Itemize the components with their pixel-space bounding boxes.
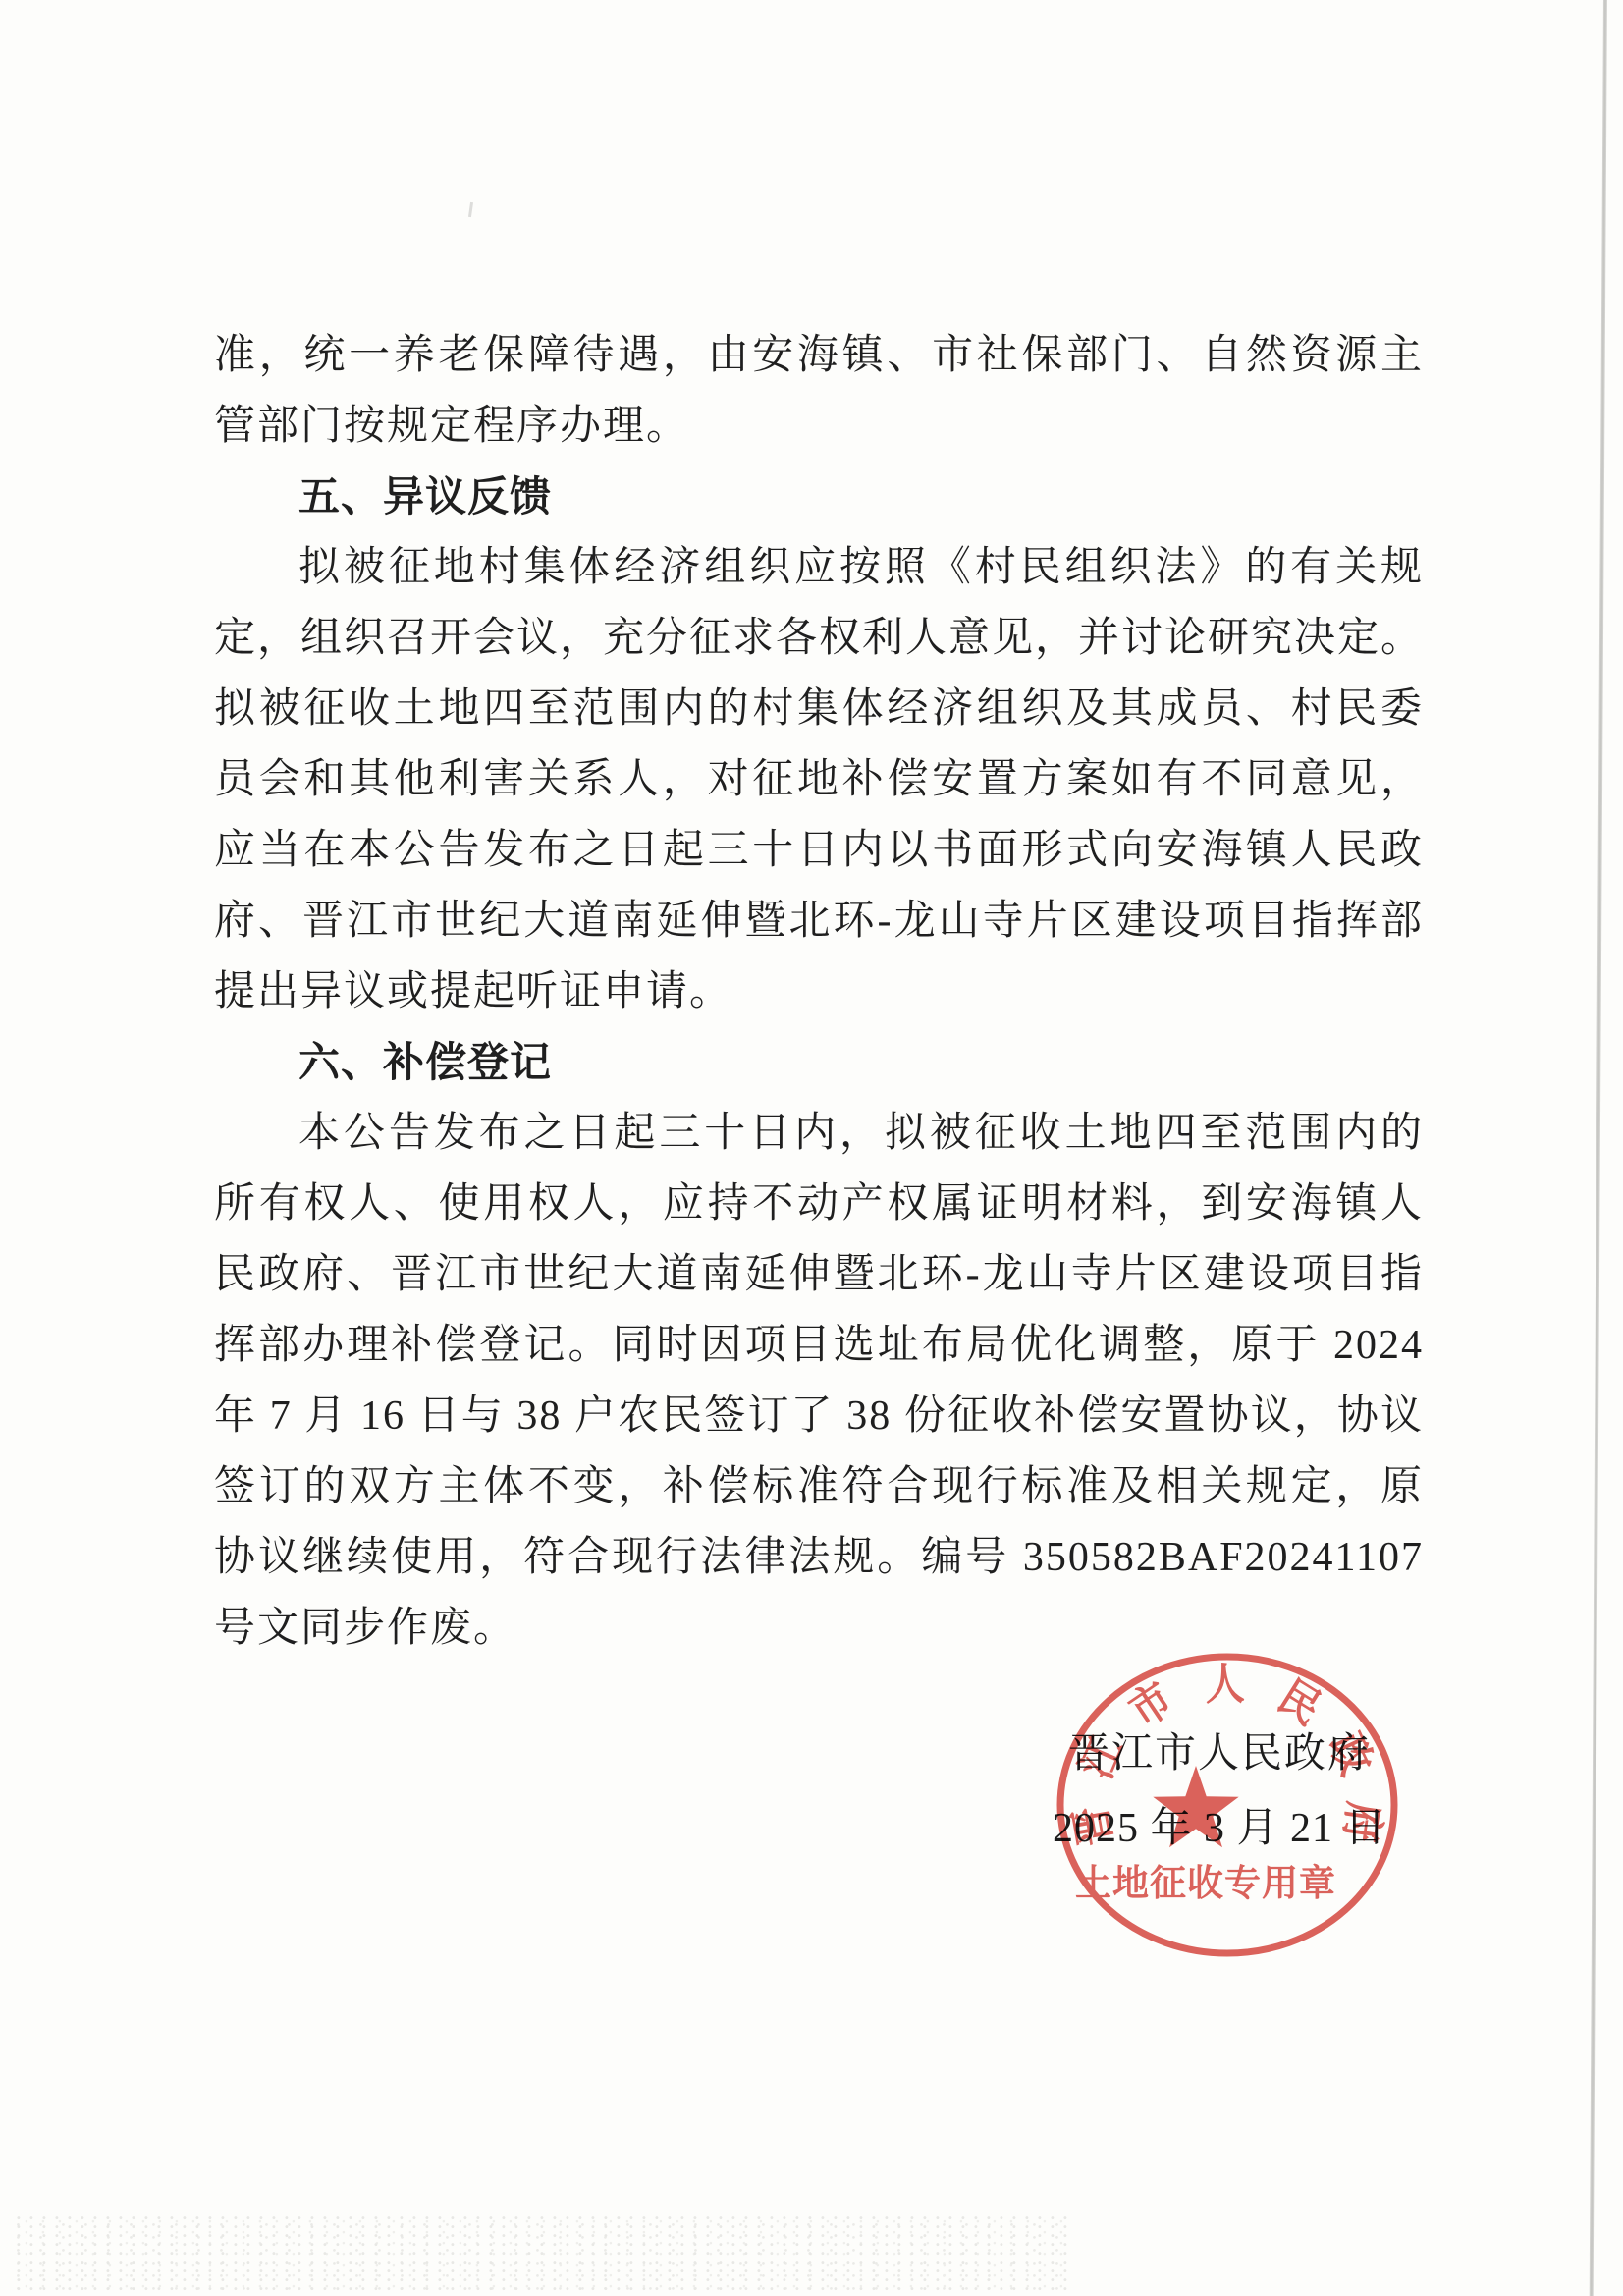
scanned-announcement-page: 准，统一养老保障待遇，由安海镇、市社保部门、自然资源主管部门按规定程序办理。五、… <box>0 0 1623 2296</box>
text-line: 挥部办理补偿登记。同时因项目选址布局优化调整，原于 2024 <box>214 1310 1424 1381</box>
text-line: 拟被征地村集体经济组织应按照《村民组织法》的有关规 <box>214 532 1424 603</box>
section-heading: 五、异议反馈 <box>214 462 1424 532</box>
text-line: 民政府、晋江市世纪大道南延伸暨北环-龙山寺片区建设项目指 <box>214 1239 1424 1310</box>
section-heading: 六、补偿登记 <box>214 1027 1424 1098</box>
text-line: 签订的双方主体不变，补偿标准符合现行标准及相关规定，原 <box>214 1451 1424 1522</box>
seal-bottom-text: 土地征收专用章 <box>1075 1862 1336 1904</box>
text-line: 员会和其他利害关系人，对征地补偿安置方案如有不同意见， <box>214 744 1424 815</box>
text-line: 定，组织召开会议，充分征求各权利人意见，并讨论研究决定。 <box>214 603 1424 674</box>
text-line: 所有权人、使用权人，应持不动产权属证明材料，到安海镇人 <box>214 1169 1424 1239</box>
seal-arc-char: 晋 <box>1066 1802 1121 1849</box>
text-line: 本公告发布之日起三十日内，拟被征收土地四至范围内的 <box>214 1098 1424 1169</box>
seal-arc-char: 人 <box>1205 1661 1245 1710</box>
text-line: 提出异议或提起听证申请。 <box>214 957 1424 1027</box>
scan-noise <box>15 2214 1075 2291</box>
text-line: 应当在本公告发布之日起三十日内以书面形式向安海镇人民政 <box>214 815 1424 886</box>
seal-arc-char: 府 <box>1334 1799 1388 1844</box>
text-line: 年 7 月 16 日与 38 户农民签订了 38 份征收补偿安置协议，协议 <box>214 1381 1424 1451</box>
text-line: 府、晋江市世纪大道南延伸暨北环-龙山寺片区建设项目指挥部 <box>214 886 1424 957</box>
text-line: 管部门按规定程序办理。 <box>214 391 1424 462</box>
text-line: 准，统一养老保障待遇，由安海镇、市社保部门、自然资源主 <box>214 320 1424 391</box>
text-line: 拟被征收土地四至范围内的村集体经济组织及其成员、村民委 <box>214 674 1424 744</box>
seal-star-icon <box>1153 1766 1238 1847</box>
scan-edge-artifact <box>1590 0 1607 2296</box>
government-seal: 晋江市人民政府土地征收专用章 <box>1051 1638 1404 1972</box>
text-line: 协议继续使用，符合现行法律法规。编号 350582BAF20241107 <box>214 1522 1424 1593</box>
scan-smudge <box>468 202 473 217</box>
announcement-body: 准，统一养老保障待遇，由安海镇、市社保部门、自然资源主管部门按规定程序办理。五、… <box>214 320 1424 1664</box>
